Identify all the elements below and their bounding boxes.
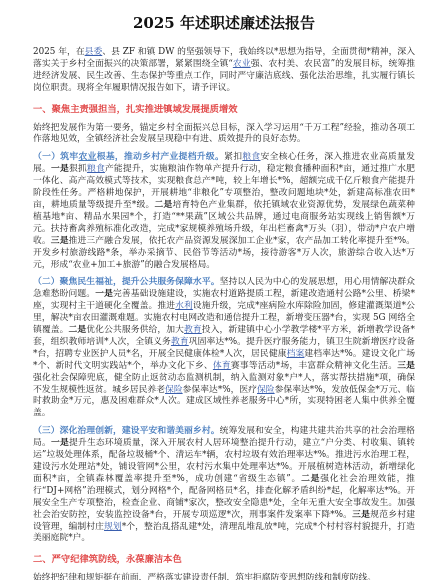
text-run: 参保率达*%，医疗 xyxy=(183,385,257,395)
text-run: 三是 xyxy=(51,236,69,246)
text-run: 一是 xyxy=(95,289,113,299)
text-run: 一是 xyxy=(51,164,69,174)
inline-link[interactable]: 县委 xyxy=(85,47,103,57)
paragraph: 2025 年，在县委、县 ZF 和镇 DW 的坚强领导下，我始终以*思想为指导，… xyxy=(33,47,415,95)
paragraph: 始终把纪律和规矩挺在前面，严格落实建设责任制，筑牢拒腐防变思想防线和制度防线。 xyxy=(33,573,415,580)
paragraph: 始终把发展作为第一要务，锚定乡村全面振兴总目标，深入学习运用“千万工程”经验，推… xyxy=(33,123,415,147)
paragraph: （一）筑牢农业根基，推动乡村产业提档升级。紧扣粮食安全核心任务，深入推进农业高质… xyxy=(33,152,415,271)
text-run: 紧扣 xyxy=(224,152,242,162)
inline-link[interactable]: 档案 xyxy=(287,349,305,359)
text-run: 始终把纪律和规矩挺在前面，严格落实建设责任制，筑牢拒腐防变思想防线和制度防线。 xyxy=(33,573,376,580)
inline-link[interactable]: 粮食 xyxy=(87,164,105,174)
inline-link[interactable]: 教育 xyxy=(184,325,202,335)
text-run: 推进三产融合发展，依托农产品资源发展深加工企业*家，农产品加工转化率提升至*%。… xyxy=(33,236,415,270)
text-run: 一、聚焦主责强担当，扎实推进镇域发展提质增效 xyxy=(33,104,238,115)
inline-link[interactable]: 体育 xyxy=(213,361,231,371)
text-run: 三是 xyxy=(397,361,415,371)
text-run: 狠抓 xyxy=(69,164,87,174)
inline-link[interactable]: 规划 xyxy=(104,522,122,532)
inline-link[interactable]: 农业 xyxy=(233,59,251,69)
text-run: （三）深化治理创新，建设平安和谐美丽乡村。 xyxy=(33,426,220,436)
text-run: 2025 年，在 xyxy=(33,47,85,57)
text-run: 赛事等活动*场，丰富群众精神文化生活。 xyxy=(231,361,397,371)
document-title: 2025 年述职述廉述法报告 xyxy=(33,13,415,33)
text-run: 优化公共服务供给，加大 xyxy=(86,325,184,335)
text-run: 二是 xyxy=(69,325,87,335)
paragraph: （二）聚焦民生福祉，提升公共服务保障水平。坚持以人民为中心的发展思想，用心用情解… xyxy=(33,277,415,420)
inline-link[interactable]: 教育 xyxy=(171,337,189,347)
paragraph: （三）深化治理创新，建设平安和谐美丽乡村。统筹发展和安全，构建共建共治共享的社会… xyxy=(33,426,415,545)
text-run: 三是 xyxy=(352,510,370,520)
inline-link[interactable]: 保险 xyxy=(257,385,275,395)
text-run: 根基，推动乡村产业提档升级。 xyxy=(97,152,224,162)
inline-link[interactable]: 水利 xyxy=(175,301,193,311)
text-run: 始终把发展作为第一要务，锚定乡村全面振兴总目标，深入学习运用“千万工程”经验，推… xyxy=(33,123,415,145)
inline-link[interactable]: 粮食 xyxy=(242,152,260,162)
text-run: 一是 xyxy=(51,438,69,448)
inline-link[interactable]: 农业 xyxy=(79,152,97,162)
section-heading: 二、严守纪律筑防线，永葆廉洁本色 xyxy=(33,554,415,566)
section-heading: 一、聚焦主责强担当，扎实推进镇域发展提质增效 xyxy=(33,104,415,116)
text-run: （二）聚焦民生福祉，提升公共服务保障水平。 xyxy=(33,277,220,287)
text-run: 二、严守纪律筑防线，永葆廉洁本色 xyxy=(33,554,182,565)
text-run: （一）筑牢 xyxy=(33,152,79,162)
inline-link[interactable]: 保险 xyxy=(165,385,183,395)
text-run: 二是 xyxy=(154,200,172,210)
text-run: 二是 xyxy=(301,474,320,484)
document-page: 2025 年述职述廉述法报告 2025 年，在县委、县 ZF 和镇 DW 的坚强… xyxy=(0,0,448,580)
document-body: 2025 年，在县委、县 ZF 和镇 DW 的坚强领导下，我始终以*思想为指导，… xyxy=(33,47,415,580)
